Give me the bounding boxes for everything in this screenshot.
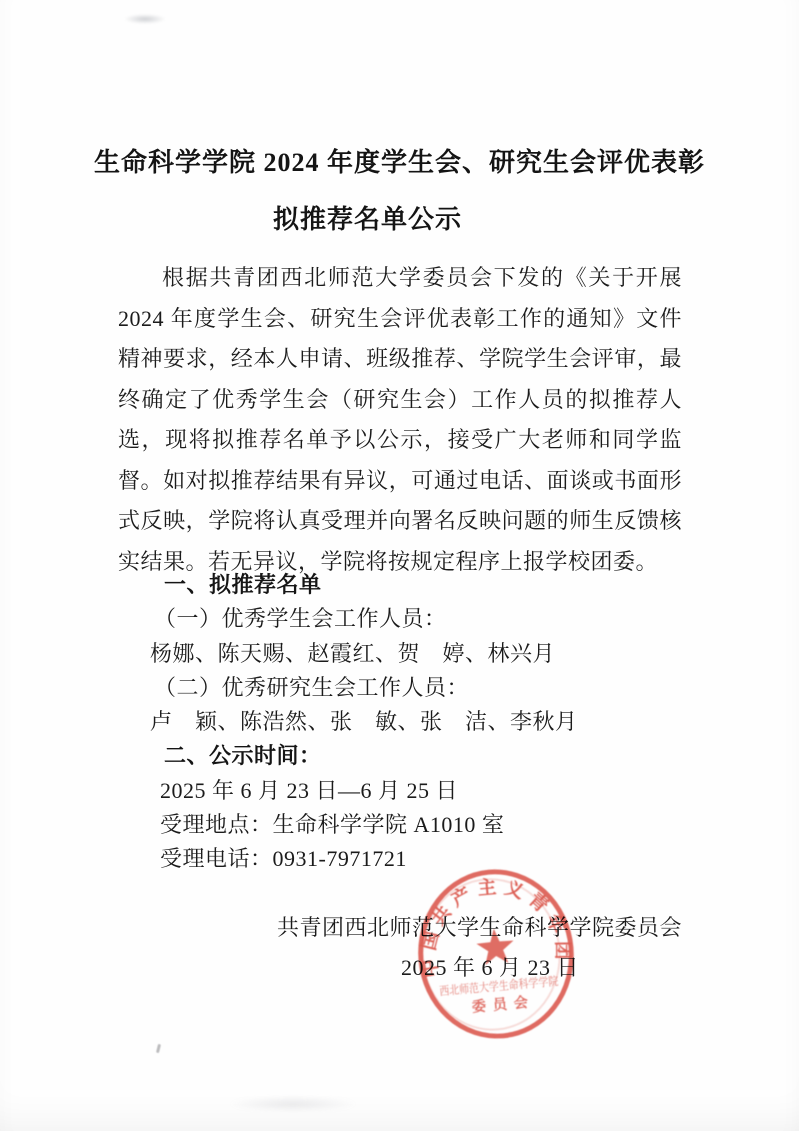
signature-block: 共青团西北师范大学生命科学学院委员会 2025 年 6 月 23 日: [118, 908, 682, 988]
notice-body: 根据共青团西北师范大学委员会下发的《关于开展 2024 年度学生会、研究生会评优…: [118, 258, 682, 582]
document-title: 生命科学学院 2024 年度学生会、研究生会评优表彰 拟推荐名单公示: [0, 134, 799, 248]
scan-smudge-top: [124, 14, 166, 24]
names-student-union: 杨娜、陈天赐、赵霞红、贺 婷、林兴月: [150, 637, 682, 671]
signature-organization: 共青团西北师范大学生命科学学院委员会: [118, 908, 682, 948]
publicity-period: 2025 年 6 月 23 日—6 月 25 日: [160, 774, 682, 808]
scan-smudge-mark: [156, 1044, 161, 1053]
title-line-1: 生命科学学院 2024 年度学生会、研究生会评优表彰: [0, 134, 799, 191]
recommendation-list: 一、拟推荐名单 （一）优秀学生会工作人员： 杨娜、陈天赐、赵霞红、贺 婷、林兴月…: [118, 568, 682, 877]
group-label-graduate-union: （二）优秀研究生会工作人员：: [154, 671, 682, 705]
seal-committee-line: 委员会: [471, 994, 535, 1016]
scan-smudge-bottom: [228, 1096, 358, 1112]
document-page: 生命科学学院 2024 年度学生会、研究生会评优表彰 拟推荐名单公示 根据共青团…: [0, 0, 799, 1131]
section-heading-recommend-list: 一、拟推荐名单: [164, 568, 682, 602]
accept-phone: 受理电话：0931-7971721: [160, 842, 682, 876]
signature-date: 2025 年 6 月 23 日: [118, 948, 579, 988]
accept-location: 受理地点：生命科学学院 A1010 室: [160, 808, 682, 842]
section-heading-publicity-time: 二、公示时间：: [164, 739, 682, 773]
names-graduate-union: 卢 颖、陈浩然、张 敏、张 洁、李秋月: [150, 705, 682, 739]
intro-paragraph: 根据共青团西北师范大学委员会下发的《关于开展 2024 年度学生会、研究生会评优…: [118, 258, 682, 582]
title-line-2: 拟推荐名单公示: [0, 191, 767, 248]
group-label-student-union: （一）优秀学生会工作人员：: [154, 602, 682, 636]
